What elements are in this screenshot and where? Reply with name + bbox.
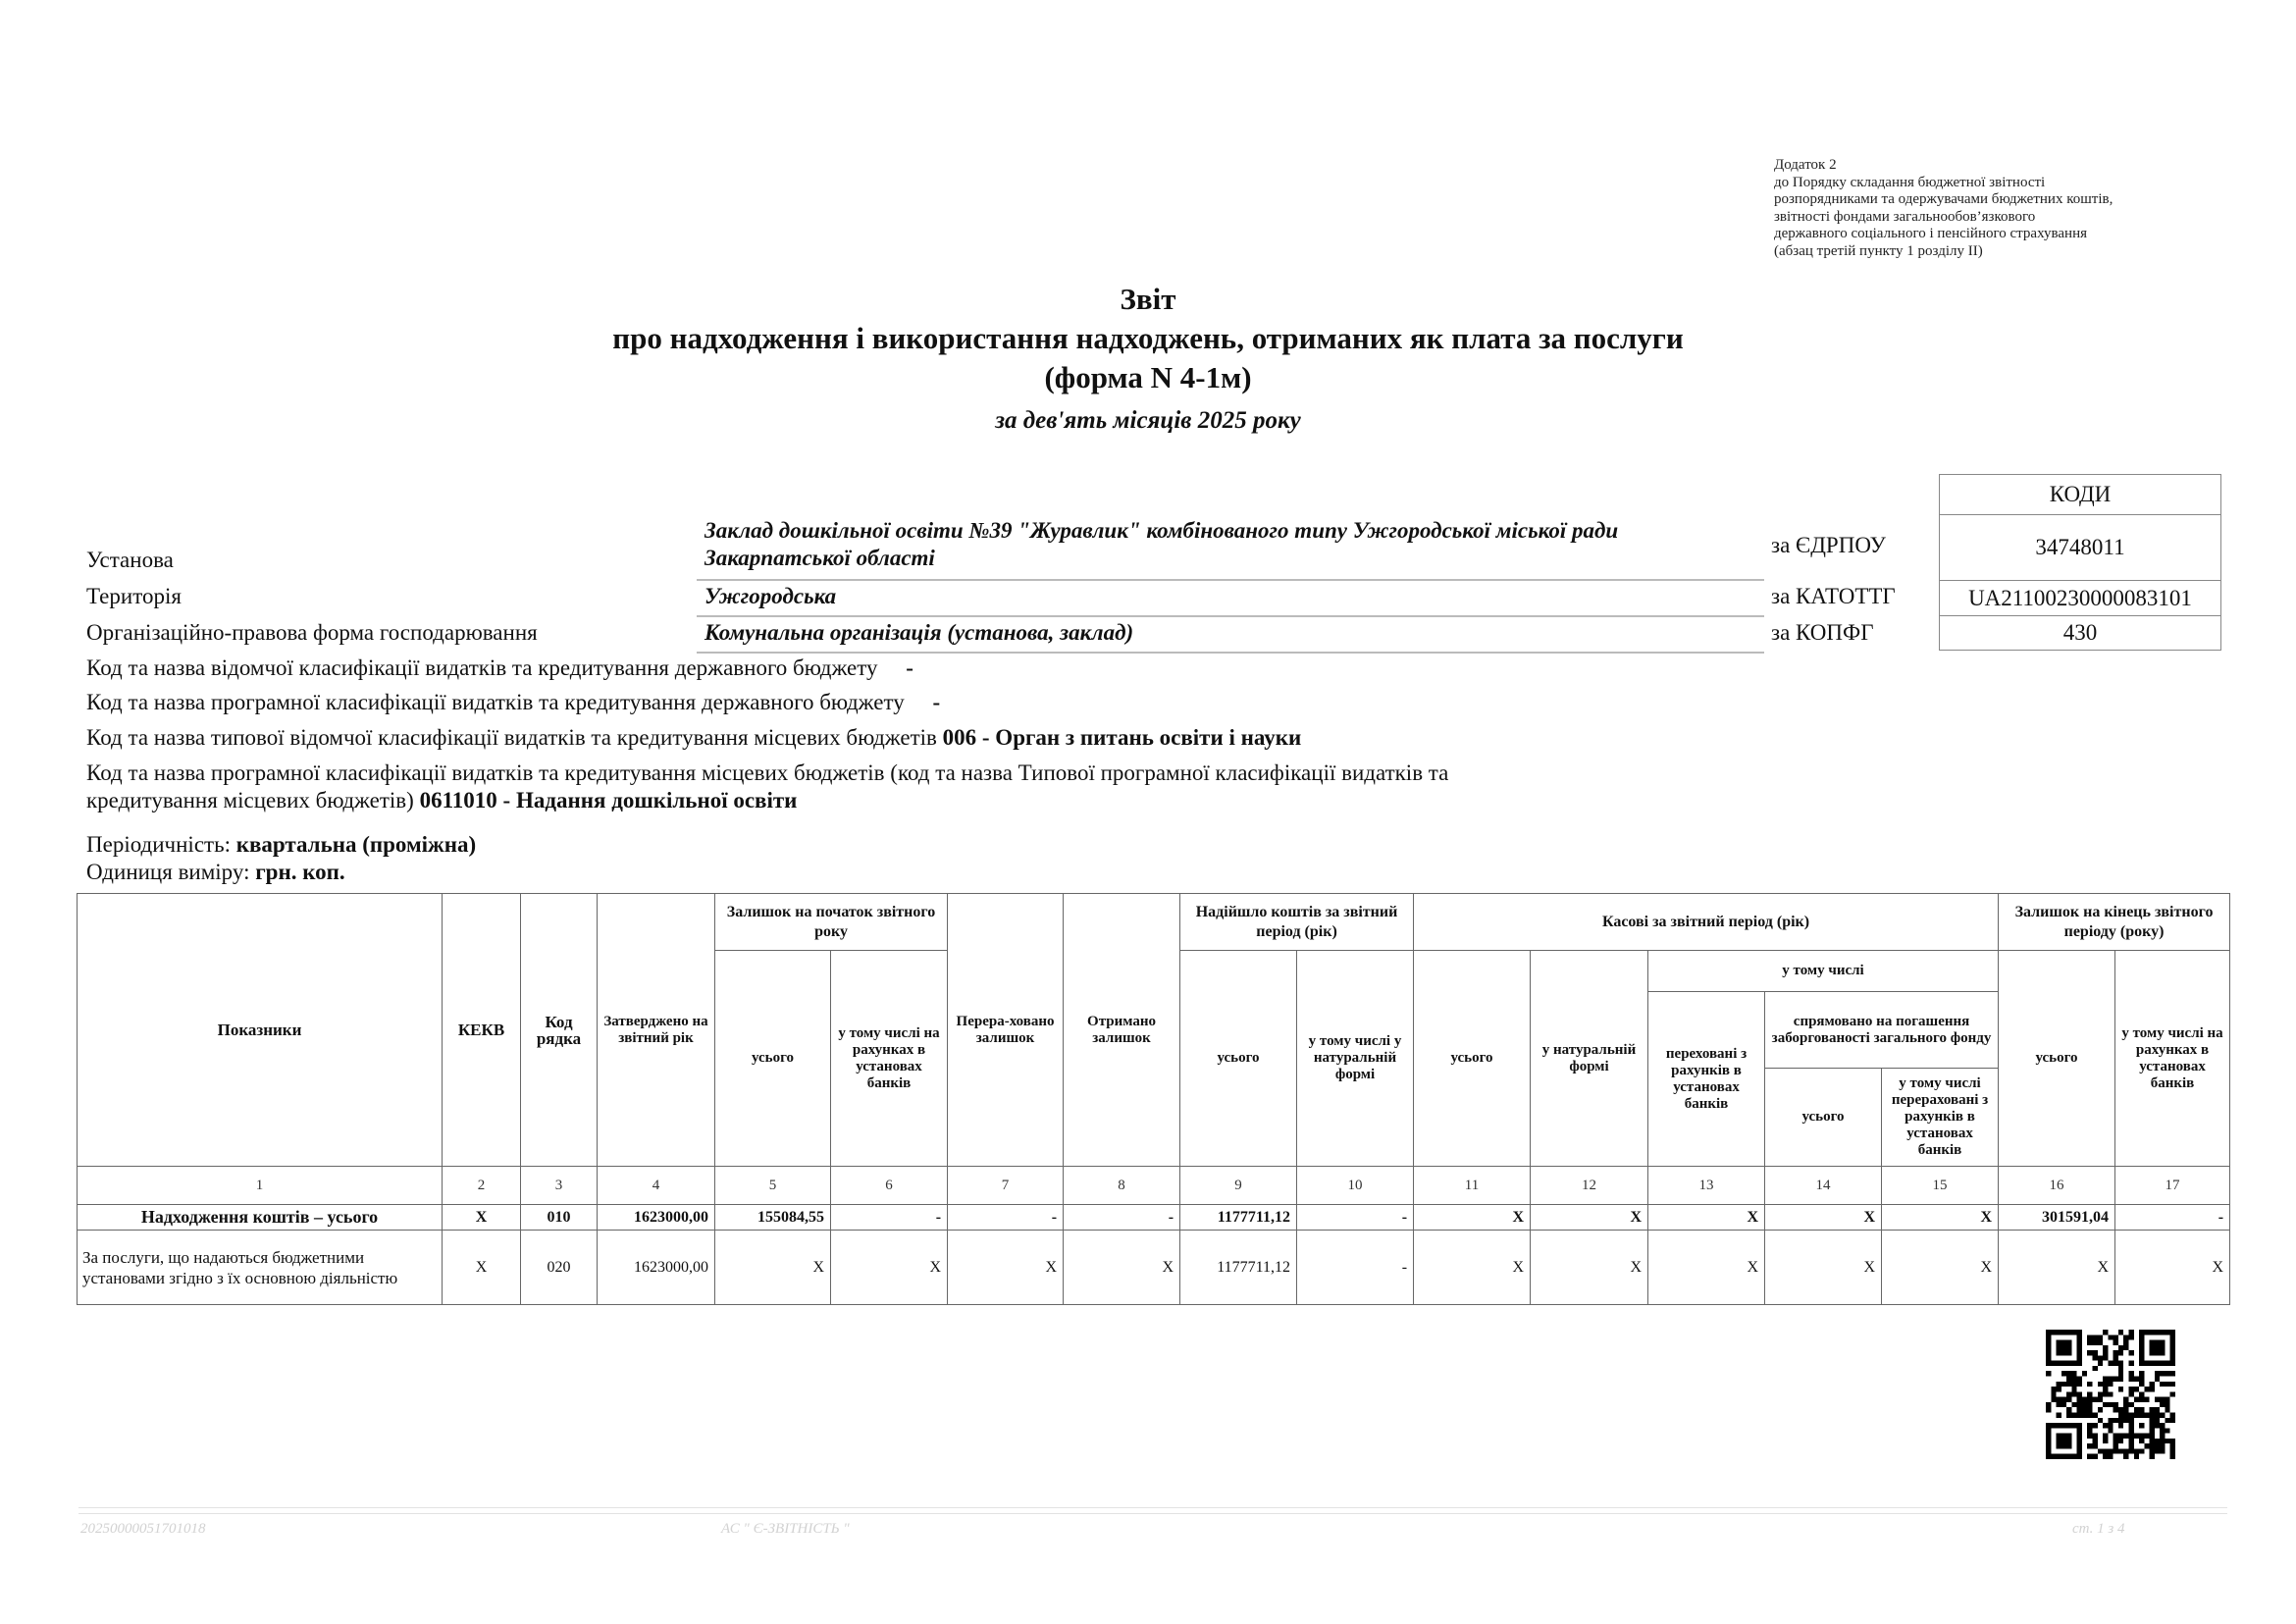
header-received-in-kind: у тому числі у натуральній формі xyxy=(1297,951,1414,1167)
footer-system-name: АС " Є-ЗВІТНІСТЬ " xyxy=(721,1521,850,1538)
table-cell: 1623000,00 xyxy=(598,1205,715,1231)
underline xyxy=(697,615,1764,617)
column-number: 15 xyxy=(1882,1167,1999,1205)
kopfg-label: за КОПФГ xyxy=(1771,620,1874,646)
katottg-label: за КАТОТТГ xyxy=(1771,584,1896,609)
periodicity: Періодичність: квартальна (проміжна) xyxy=(86,832,476,858)
header-cash: Касові за звітний період (рік) xyxy=(1414,894,1999,951)
dept-local-value: 006 - Орган з питань освіти і науки xyxy=(943,725,1302,750)
prog-state-value: - xyxy=(932,690,940,714)
prog-local-label-line-2: кредитування місцевих бюджетів) xyxy=(86,788,414,812)
table-cell: 010 xyxy=(521,1205,598,1231)
row-indicator-name: Надходження коштів – усього xyxy=(78,1205,443,1231)
header-balance-end-total: усього xyxy=(1999,951,2115,1167)
form-number: (форма N 4-1м) xyxy=(0,358,2296,397)
dept-state-classification: Код та назва відомчої класифікації видат… xyxy=(86,655,913,681)
institution-value-line-2: Закарпатської області xyxy=(704,546,935,571)
table-cell: - xyxy=(831,1205,948,1231)
table-cell: X xyxy=(1414,1205,1531,1231)
header-row-code: Код рядка xyxy=(521,894,598,1167)
header-debt-transferred-bank: у тому числі перераховані з рахунків в у… xyxy=(1882,1069,1999,1167)
annex-line: державного соціального і пенсійного стра… xyxy=(1774,226,2113,243)
annex-line: розпорядниками та одержувачами бюджетних… xyxy=(1774,191,2113,209)
column-number: 13 xyxy=(1648,1167,1765,1205)
header-debt-total: усього xyxy=(1765,1069,1882,1167)
annex-line: до Порядку складання бюджетної звітності xyxy=(1774,175,2113,192)
header-cash-incl: у тому числі xyxy=(1648,951,1999,992)
report-period: за дев'ять місяців 2025 року xyxy=(0,403,2296,439)
header-cash-transferred-bank: переховані з рахунків в установах банків xyxy=(1648,992,1765,1167)
table-cell: X xyxy=(1882,1231,1999,1305)
unit-label: Одиниця виміру: xyxy=(86,860,249,884)
dept-local-label: Код та назва типової відомчої класифікац… xyxy=(86,725,937,750)
table-cell: X xyxy=(1064,1231,1180,1305)
column-number: 17 xyxy=(2115,1167,2230,1205)
column-number: 8 xyxy=(1064,1167,1180,1205)
annex-note: Додаток 2 до Порядку складання бюджетної… xyxy=(1774,157,2113,260)
table-cell: 301591,04 xyxy=(1999,1205,2115,1231)
table-cell: 1177711,12 xyxy=(1180,1205,1297,1231)
column-number: 11 xyxy=(1414,1167,1531,1205)
table-cell: X xyxy=(1765,1231,1882,1305)
table-cell: X xyxy=(1531,1205,1648,1231)
header-received-balance: Отримано залишок xyxy=(1064,894,1180,1167)
table-cell: - xyxy=(1297,1231,1414,1305)
column-number: 16 xyxy=(1999,1167,2115,1205)
kopfg-value: 430 xyxy=(1940,616,2221,651)
table-cell: - xyxy=(1064,1205,1180,1231)
prog-state-label: Код та назва програмної класифікації вид… xyxy=(86,690,905,714)
table-cell: 1177711,12 xyxy=(1180,1231,1297,1305)
table-cell: X xyxy=(831,1231,948,1305)
title-line-2: про надходження і використання надходжен… xyxy=(0,319,2296,358)
header-balance-start-total: усього xyxy=(715,951,831,1167)
prog-local-label-line-1: Код та назва програмної класифікації вид… xyxy=(86,760,1448,786)
column-number: 9 xyxy=(1180,1167,1297,1205)
legal-form-value: Комунальна організація (установа, заклад… xyxy=(704,620,1133,646)
header-balance-end-bank: у тому числі на рахунках в установах бан… xyxy=(2115,951,2230,1167)
footer-doc-id: 20250000051701018 xyxy=(80,1521,206,1538)
header-balance-end: Залишок на кінець звітного періоду (року… xyxy=(1999,894,2230,951)
column-number: 3 xyxy=(521,1167,598,1205)
edrpou-label: за ЄДРПОУ xyxy=(1771,533,1886,558)
prog-local-value: 0611010 - Надання дошкільної освіти xyxy=(420,788,798,812)
unit-value: грн. коп. xyxy=(255,860,344,884)
institution-label: Установа xyxy=(86,548,174,573)
underline xyxy=(697,579,1764,581)
table-cell: X xyxy=(1882,1205,1999,1231)
footer-page-number: ст. 1 з 4 xyxy=(2072,1521,2125,1538)
table-cell: X xyxy=(1999,1231,2115,1305)
table-cell: - xyxy=(2115,1205,2230,1231)
table-cell: 020 xyxy=(521,1231,598,1305)
header-balance-start-bank: у тому числі на рахунках в установах бан… xyxy=(831,951,948,1167)
dept-local-classification: Код та назва типової відомчої класифікац… xyxy=(86,725,1301,751)
legal-form-label: Організаційно-правова форма господарюван… xyxy=(86,620,538,646)
table-cell: X xyxy=(948,1231,1064,1305)
column-number: 10 xyxy=(1297,1167,1414,1205)
header-indicators: Показники xyxy=(78,894,443,1167)
territory-value: Ужгородська xyxy=(704,584,836,609)
column-number: 5 xyxy=(715,1167,831,1205)
table-cell: X xyxy=(443,1205,521,1231)
dept-state-label: Код та назва відомчої класифікації видат… xyxy=(86,655,878,680)
column-number: 7 xyxy=(948,1167,1064,1205)
table-cell: X xyxy=(715,1231,831,1305)
prog-local-classification: кредитування місцевих бюджетів) 0611010 … xyxy=(86,788,797,813)
unit: Одиниця виміру: грн. коп. xyxy=(86,860,345,885)
table-cell: X xyxy=(1531,1231,1648,1305)
row-indicator-name: За послуги, що надаються бюджетними уста… xyxy=(78,1231,443,1305)
header-balance-start: Залишок на початок звітного року xyxy=(715,894,948,951)
column-number: 14 xyxy=(1765,1167,1882,1205)
annex-line: (абзац третій пункту 1 розділу II) xyxy=(1774,243,2113,261)
report-title: Звіт про надходження і використання надх… xyxy=(0,280,2296,439)
header-received-funds: Надійшло коштів за звітний період (рік) xyxy=(1180,894,1414,951)
table-cell: X xyxy=(1414,1231,1531,1305)
table-cell: - xyxy=(948,1205,1064,1231)
edrpou-value: 34748011 xyxy=(1940,515,2221,581)
qr-code-icon xyxy=(2046,1330,2175,1459)
header-cash-in-kind: у натуральній формі xyxy=(1531,951,1648,1167)
table-row: Надходження коштів – усьогоX0101623000,0… xyxy=(78,1205,2230,1231)
header-kekv: КЕКВ xyxy=(443,894,521,1167)
title-line-1: Звіт xyxy=(0,280,2296,319)
column-number: 4 xyxy=(598,1167,715,1205)
table-cell: - xyxy=(1297,1205,1414,1231)
annex-line: звітності фондами загальнообов’язкового xyxy=(1774,209,2113,227)
dept-state-value: - xyxy=(906,655,913,680)
column-numbers-row: 1234567891011121314151617 xyxy=(78,1167,2230,1205)
table-cell: X xyxy=(443,1231,521,1305)
footer-divider xyxy=(78,1507,2227,1508)
footer-divider xyxy=(78,1513,2227,1514)
column-number: 2 xyxy=(443,1167,521,1205)
table-cell: 155084,55 xyxy=(715,1205,831,1231)
table-cell: X xyxy=(1648,1231,1765,1305)
report-table: Показники КЕКВ Код рядка Затверджено на … xyxy=(77,893,2230,1305)
table-cell: 1623000,00 xyxy=(598,1231,715,1305)
codes-table: КОДИ 34748011 UA21100230000083101 430 xyxy=(1939,474,2221,651)
prog-state-classification: Код та назва програмної класифікації вид… xyxy=(86,690,940,715)
header-transferred-balance: Перера-хова­но залишок xyxy=(948,894,1064,1167)
table-row: За послуги, що надаються бюджетними уста… xyxy=(78,1231,2230,1305)
column-number: 6 xyxy=(831,1167,948,1205)
periodicity-value: квартальна (проміжна) xyxy=(236,832,476,857)
table-cell: X xyxy=(1765,1205,1882,1231)
header-received-total: усього xyxy=(1180,951,1297,1167)
header-cash-total: усього xyxy=(1414,951,1531,1167)
annex-line: Додаток 2 xyxy=(1774,157,2113,175)
column-number: 12 xyxy=(1531,1167,1648,1205)
table-cell: X xyxy=(1648,1205,1765,1231)
header-debt-repayment: спрямовано на погашення заборгованості з… xyxy=(1765,992,1999,1069)
territory-label: Територія xyxy=(86,584,182,609)
underline xyxy=(697,652,1764,654)
table-cell: X xyxy=(2115,1231,2230,1305)
katottg-value: UA21100230000083101 xyxy=(1940,581,2221,616)
institution-value-line-1: Заклад дошкільної освіти №39 "Журавлик" … xyxy=(704,518,1618,544)
header-approved: Затверджено на звітний рік xyxy=(598,894,715,1167)
periodicity-label: Періодичність: xyxy=(86,832,231,857)
codes-header: КОДИ xyxy=(1940,475,2221,515)
column-number: 1 xyxy=(78,1167,443,1205)
